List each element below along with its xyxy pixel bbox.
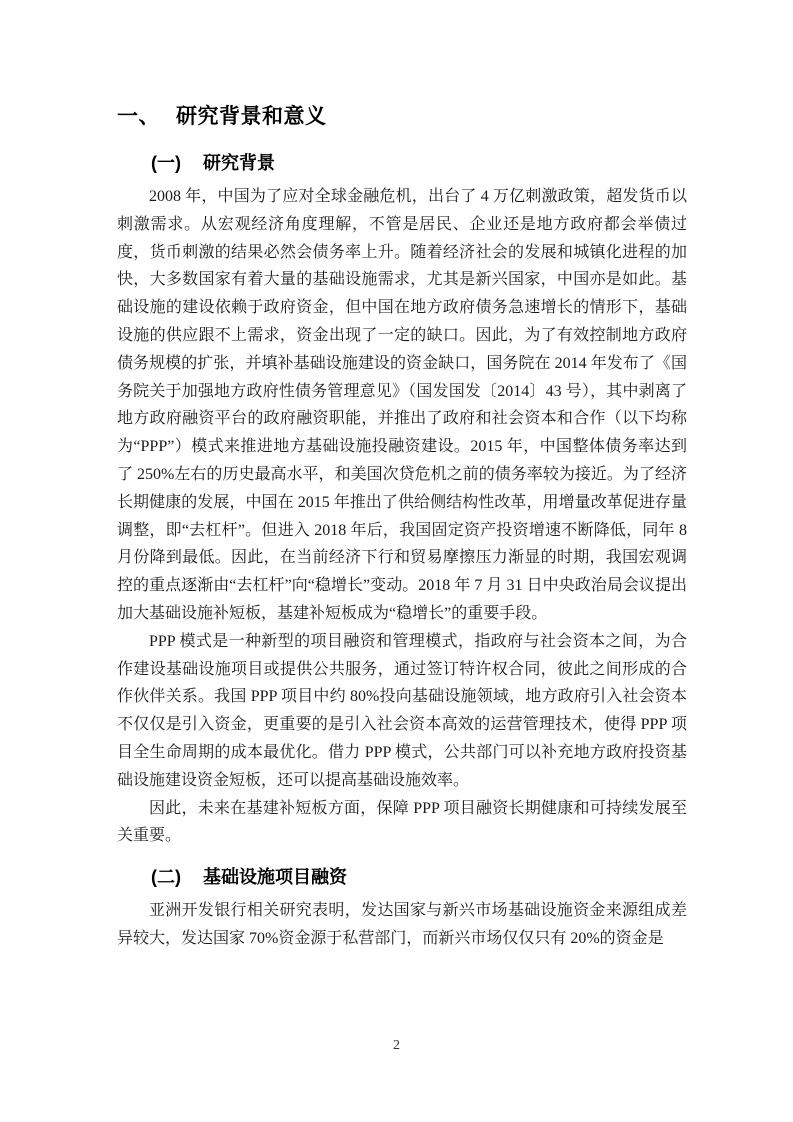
section-title: 研究背景和意义 — [176, 105, 327, 128]
subsection-title: 基础设施项目融资 — [203, 867, 347, 887]
section-number: 一、 — [117, 105, 160, 128]
subsection-title: 研究背景 — [203, 153, 275, 173]
paragraph-ppp-model: PPP 模式是一种新型的项目融资和管理模式，指政府与社会资本之间，为合作建设基础… — [117, 628, 687, 795]
subsection-number: (二) — [151, 867, 181, 887]
paragraph-infrastructure-financing-1: 亚洲开发银行相关研究表明，发达国家与新兴市场基础设施资金来源组成差异较大，发达国… — [117, 897, 687, 953]
document-page: 一、研究背景和意义 (一)研究背景 2008 年，中国为了应对全球金融危机，出台… — [0, 0, 793, 1122]
page-number: 2 — [0, 1038, 793, 1054]
subsection-heading-research-background: (一)研究背景 — [151, 149, 687, 177]
subsection-number: (一) — [151, 153, 181, 173]
document-content: 一、研究背景和意义 (一)研究背景 2008 年，中国为了应对全球金融危机，出台… — [117, 0, 687, 953]
section-heading: 一、研究背景和意义 — [117, 103, 687, 131]
paragraph-research-background-1: 2008 年，中国为了应对全球金融危机，出台了 4 万亿刺激政策，超发货币以刺激… — [117, 183, 687, 628]
paragraph-conclusion: 因此，未来在基建补短板方面，保障 PPP 项目融资长期健康和可持续发展至关重要。 — [117, 795, 687, 851]
subsection-heading-infrastructure-financing: (二)基础设施项目融资 — [151, 863, 687, 891]
